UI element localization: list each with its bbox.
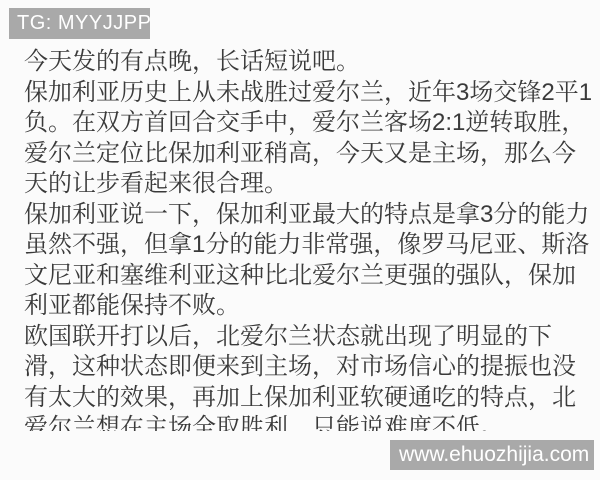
text-line: 负。在双方首回合交手中，爱尔兰客场2:1逆转取胜， bbox=[24, 108, 600, 139]
telegram-watermark-badge: TG: MYYJJPP bbox=[9, 8, 150, 39]
text-line: 保加利亚历史上从未战胜过爱尔兰，近年3场交锋2平1 bbox=[24, 78, 600, 109]
text-line: 保加利亚说一下，保加利亚最大的特点是拿3分的能力 bbox=[24, 200, 600, 231]
article-page: TG: MYYJJPP 今天发的有点晚，长话短说吧。保加利亚历史上从未战胜过爱尔… bbox=[0, 0, 600, 480]
text-line: 虽然不强，但拿1分的能力非常强，像罗马尼亚、斯洛 bbox=[24, 230, 600, 261]
article-text: 今天发的有点晚，长话短说吧。保加利亚历史上从未战胜过爱尔兰，近年3场交锋2平1负… bbox=[24, 47, 600, 431]
text-line: 有太大的效果，再加上保加利亚软硬通吃的特点，北 bbox=[24, 383, 600, 414]
website-watermark-badge: www.ehuozhijia.com bbox=[390, 440, 594, 470]
text-line: 欧国联开打以后，北爱尔兰状态就出现了明显的下 bbox=[24, 322, 600, 353]
text-line: 滑，这种状态即便来到主场，对市场信心的提振也没 bbox=[24, 352, 600, 383]
text-line: 利亚都能保持不败。 bbox=[24, 291, 600, 322]
text-line: 爱尔兰想在主场全取胜利，只能说难度不低。 bbox=[24, 413, 600, 431]
text-line: 爱尔兰定位比保加利亚稍高，今天又是主场，那么今 bbox=[24, 139, 600, 170]
text-line: 今天发的有点晚，长话短说吧。 bbox=[24, 47, 600, 78]
text-line: 文尼亚和塞维利亚这种比北爱尔兰更强的强队，保加 bbox=[24, 261, 600, 292]
text-line: 天的让步看起来很合理。 bbox=[24, 169, 600, 200]
